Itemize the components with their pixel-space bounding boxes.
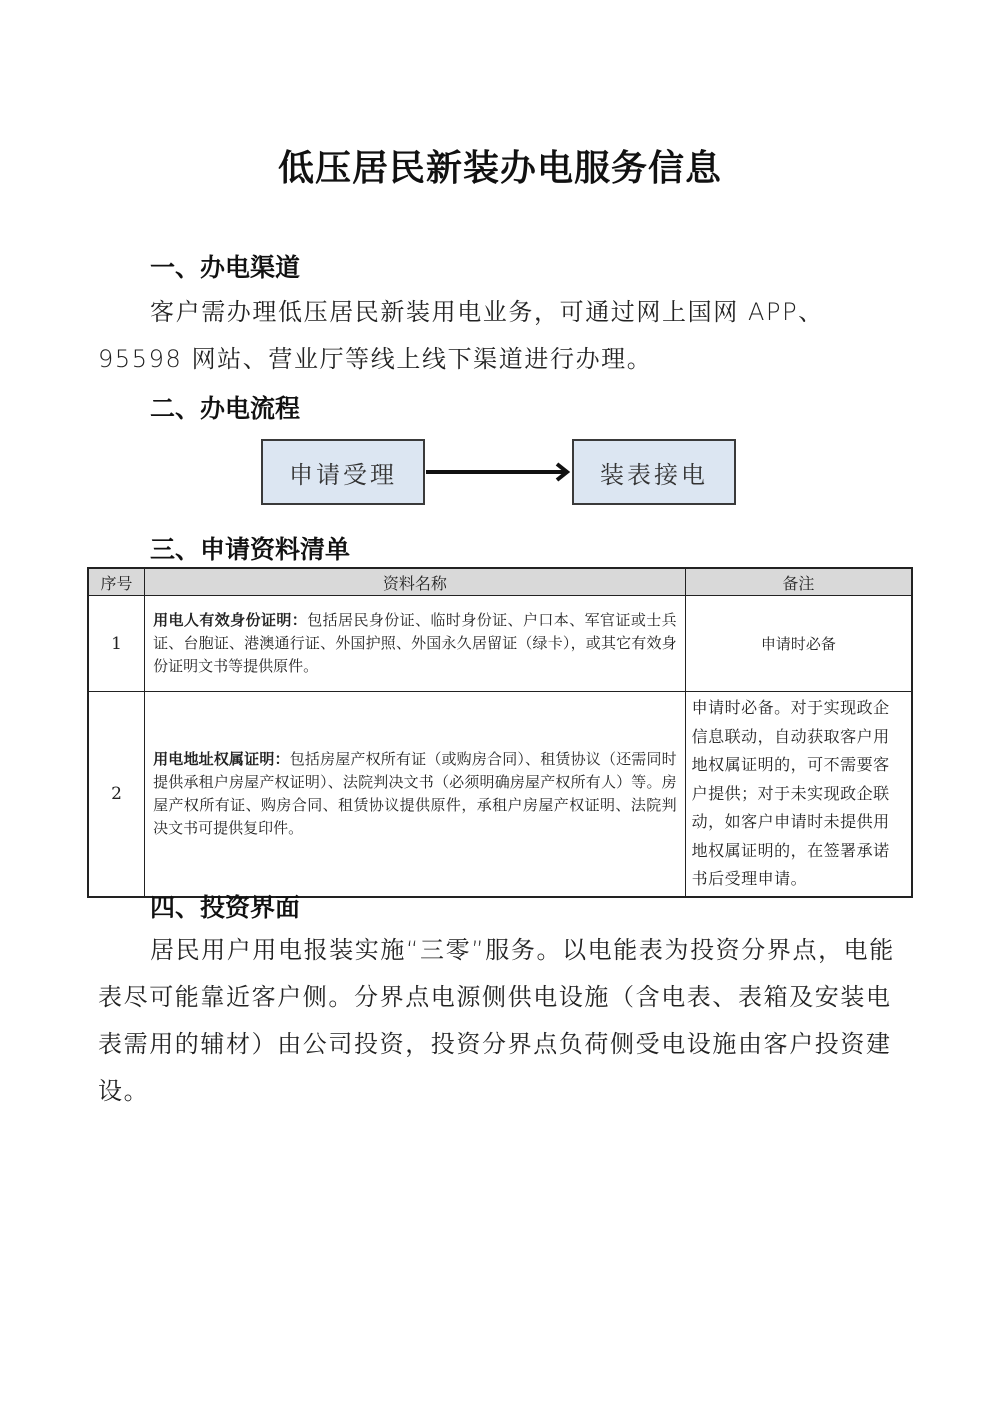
- row-note: 申请时必备: [685, 596, 912, 692]
- row-index: 2: [88, 692, 145, 897]
- table-row: 1 用电人有效身份证明：包括居民身份证、临时身份证、户口本、军官证或士兵证、台胞…: [88, 596, 912, 692]
- section-heading-channels: 一、办电渠道: [150, 248, 300, 284]
- table-header-row: 序号 资料名称 备注: [88, 568, 912, 596]
- column-header-note: 备注: [685, 568, 912, 596]
- table-row: 2 用电地址权属证明：包括房屋产权所有证（或购房合同）、租赁协议（还需同时提供承…: [88, 692, 912, 897]
- materials-table: 序号 资料名称 备注 1 用电人有效身份证明：包括居民身份证、临时身份证、户口本…: [87, 567, 913, 898]
- row-note: 申请时必备。对于实现政企信息联动，自动获取客户用地权属证明的，可不需要客户提供；…: [685, 692, 912, 897]
- flow-step-install: 装表接电: [572, 439, 736, 505]
- material-title: 用电地址权属证明：: [153, 750, 290, 768]
- row-index: 1: [88, 596, 145, 692]
- arrow-right-icon: [426, 462, 572, 482]
- row-material-name: 用电人有效身份证明：包括居民身份证、临时身份证、户口本、军官证或士兵证、台胞证、…: [145, 596, 686, 692]
- section-text-investment: 居民用户用电报装实施“三零”服务。以电能表为投资分界点，电能表尽可能靠近客户侧。…: [98, 927, 906, 1115]
- page-title: 低压居民新装办电服务信息: [0, 140, 1000, 191]
- column-header-index: 序号: [88, 568, 145, 596]
- section-heading-process: 二、办电流程: [150, 389, 300, 425]
- section-heading-investment: 四、投资界面: [150, 888, 300, 924]
- column-header-name: 资料名称: [145, 568, 686, 596]
- section-heading-materials: 三、申请资料清单: [150, 530, 350, 566]
- material-title: 用电人有效身份证明：: [153, 611, 307, 629]
- row-material-name: 用电地址权属证明：包括房屋产权所有证（或购房合同）、租赁协议（还需同时提供承租户…: [145, 692, 686, 897]
- flow-step-apply: 申请受理: [261, 439, 425, 505]
- section-text-channels: 客户需办理低压居民新装用电业务，可通过网上国网 APP、95598 网站、营业厅…: [98, 289, 906, 383]
